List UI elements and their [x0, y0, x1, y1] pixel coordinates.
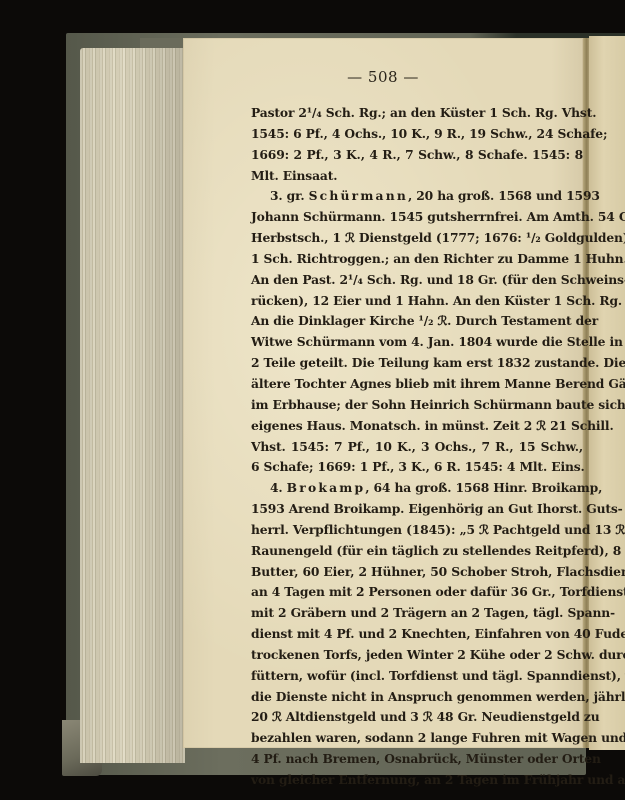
text-line: Mlt. Einsaat. [251, 166, 583, 187]
text-line: 4. Brokamp, 64 ha groß. 1568 Hinr. Broik… [251, 478, 583, 499]
scan-scene: — 508 — Pastor 2¹/₄ Sch. Rg.; an den Küs… [0, 0, 625, 800]
text-line: 20 ℛ Altdienstgeld und 3 ℛ 48 Gr. Neudie… [251, 707, 583, 728]
page-number: — 508 — [183, 68, 583, 86]
facing-page-sliver [589, 36, 625, 750]
text-line: dienst mit 4 Pf. und 2 Knechten, Einfahr… [251, 624, 583, 645]
text-line: rücken), 12 Eier und 1 Hahn. An den Küst… [251, 291, 583, 312]
text-line: Herbstsch., 1 ℛ Dienstgeld (1777; 1676: … [251, 228, 583, 249]
text-line: füttern, wofür (incl. Torfdienst und täg… [251, 666, 583, 687]
text-line: von gleicher Entfernung, an 2 Tagen im F… [251, 770, 583, 791]
text-line: Johann Schürmann. 1545 gutsherrnfrei. Am… [251, 207, 583, 228]
page-body-text: Pastor 2¹/₄ Sch. Rg.; an den Küster 1 Sc… [251, 103, 583, 791]
text-line: 1545: 6 Pf., 4 Ochs., 10 K., 9 R., 19 Sc… [251, 124, 583, 145]
text-line: 6 Schafe; 1669: 1 Pf., 3 K., 6 R. 1545: … [251, 457, 583, 478]
text-line: mit 2 Gräbern und 2 Trägern an 2 Tagen, … [251, 603, 583, 624]
text-line: 4 Pf. nach Bremen, Osnabrück, Münster od… [251, 749, 583, 770]
text-line: 1 Sch. Richtroggen.; an den Richter zu D… [251, 249, 583, 270]
text-line: Butter, 60 Eier, 2 Hühner, 50 Schober St… [251, 562, 583, 583]
text-line: An die Dinklager Kirche ¹/₂ ℛ. Durch Tes… [251, 311, 583, 332]
text-line: Witwe Schürmann vom 4. Jan. 1804 wurde d… [251, 332, 583, 353]
text-line: 1669: 2 Pf., 3 K., 4 R., 7 Schw., 8 Scha… [251, 145, 583, 166]
text-line: Vhst. 1545: 7 Pf., 10 K., 3 Ochs., 7 R.,… [251, 437, 583, 458]
farm-name: Schürmann [309, 188, 408, 203]
text-line: trockenen Torfs, jeden Winter 2 Kühe ode… [251, 645, 583, 666]
farm-name: Brokamp [287, 480, 366, 495]
text-line: im Erbhause; der Sohn Heinrich Schürmann… [251, 395, 583, 416]
text-line: 3. gr. Schürmann, 20 ha groß. 1568 und 1… [251, 186, 583, 207]
text-line: die Dienste nicht in Anspruch genommen w… [251, 687, 583, 708]
text-line: bezahlen waren, sodann 2 lange Fuhren mi… [251, 728, 583, 749]
text-line: An den Past. 2¹/₄ Sch. Rg. und 18 Gr. (f… [251, 270, 583, 291]
text-line: Raunengeld (für ein täglich zu stellende… [251, 541, 583, 562]
text-line: 2 Teile geteilt. Die Teilung kam erst 18… [251, 353, 583, 374]
text-line: 1593 Arend Broikamp. Eigenhörig an Gut I… [251, 499, 583, 520]
text-line: ältere Tochter Agnes blieb mit ihrem Man… [251, 374, 583, 395]
text-line: Pastor 2¹/₄ Sch. Rg.; an den Küster 1 Sc… [251, 103, 583, 124]
page-fore-edge-stack [80, 48, 185, 763]
text-line: an 4 Tagen mit 2 Personen oder dafür 36 … [251, 582, 583, 603]
text-line: herrl. Verpflichtungen (1845): „5 ℛ Pach… [251, 520, 583, 541]
text-line: eigenes Haus. Monatsch. in münst. Zeit 2… [251, 416, 583, 437]
